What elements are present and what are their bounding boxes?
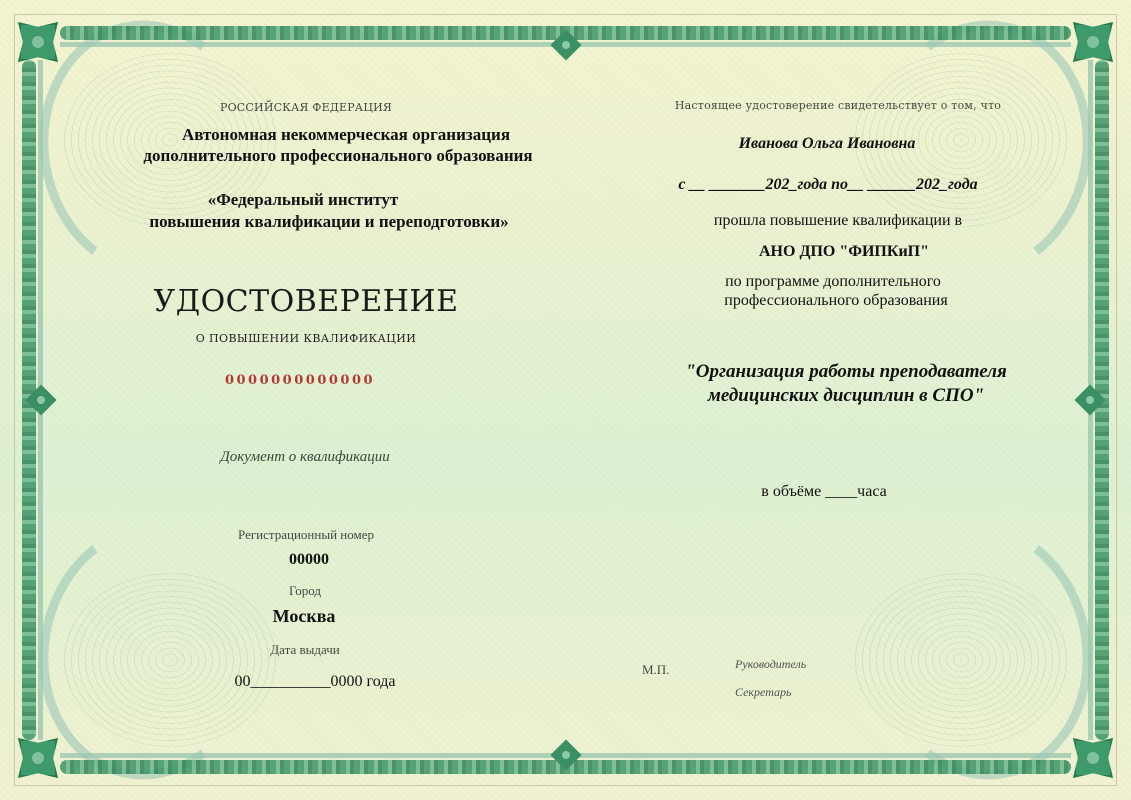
org-name-line1: «Федеральный институт xyxy=(208,190,399,210)
serial-number: 0000000000000 xyxy=(225,373,375,388)
study-period: с __ _______202_года по__ ______202_года xyxy=(678,176,977,194)
course-volume: в объёме ____часа xyxy=(761,483,886,501)
certify-text: Настоящее удостоверение свидетельствует … xyxy=(675,99,1001,112)
org-type-line2: дополнительного профессионального образо… xyxy=(143,146,532,166)
program-intro-line1: по программе дополнительного xyxy=(725,273,941,291)
org-type-line1: Автономная некоммерческая организация xyxy=(182,125,510,145)
org-name-line2: повышения квалификации и переподготовки» xyxy=(149,212,508,232)
document-type-label: Документ о квалификации xyxy=(220,449,390,466)
program-name-line2: медицинских дисциплин в СПО" xyxy=(708,384,984,407)
issue-date-value: 00__________0000 года xyxy=(235,673,396,691)
registration-number-label: Регистрационный номер xyxy=(238,527,374,543)
issue-date-label: Дата выдачи xyxy=(270,642,339,658)
director-signature-label: Руководитель xyxy=(735,657,806,672)
city-label: Город xyxy=(289,583,321,599)
corner-ornament-icon xyxy=(1073,22,1113,62)
corner-ornament-icon xyxy=(1073,738,1113,778)
secretary-signature-label: Секретарь xyxy=(735,685,791,700)
program-name-line1: "Организация работы преподавателя xyxy=(685,360,1007,383)
city-value: Москва xyxy=(273,606,336,627)
registration-number: 00000 xyxy=(289,551,329,569)
certificate-page: РОССИЙСКАЯ ФЕДЕРАЦИЯ Автономная некоммер… xyxy=(0,0,1131,800)
document-subtitle: О ПОВЫШЕНИИ КВАЛИФИКАЦИИ xyxy=(196,332,417,345)
recipient-full-name: Иванова Ольга Ивановна xyxy=(739,135,916,153)
country-label: РОССИЙСКАЯ ФЕДЕРАЦИЯ xyxy=(220,101,392,114)
stamp-place-label: М.П. xyxy=(642,662,669,678)
completed-text: прошла повышение квалификации в xyxy=(714,212,962,230)
corner-ornament-icon xyxy=(18,738,58,778)
corner-ornament-icon xyxy=(18,22,58,62)
document-title: УДОСТОВЕРЕНИЕ xyxy=(154,284,459,319)
program-intro-line2: профессионального образования xyxy=(724,292,947,310)
institution-short-name: АНО ДПО "ФИПКиП" xyxy=(759,243,929,261)
